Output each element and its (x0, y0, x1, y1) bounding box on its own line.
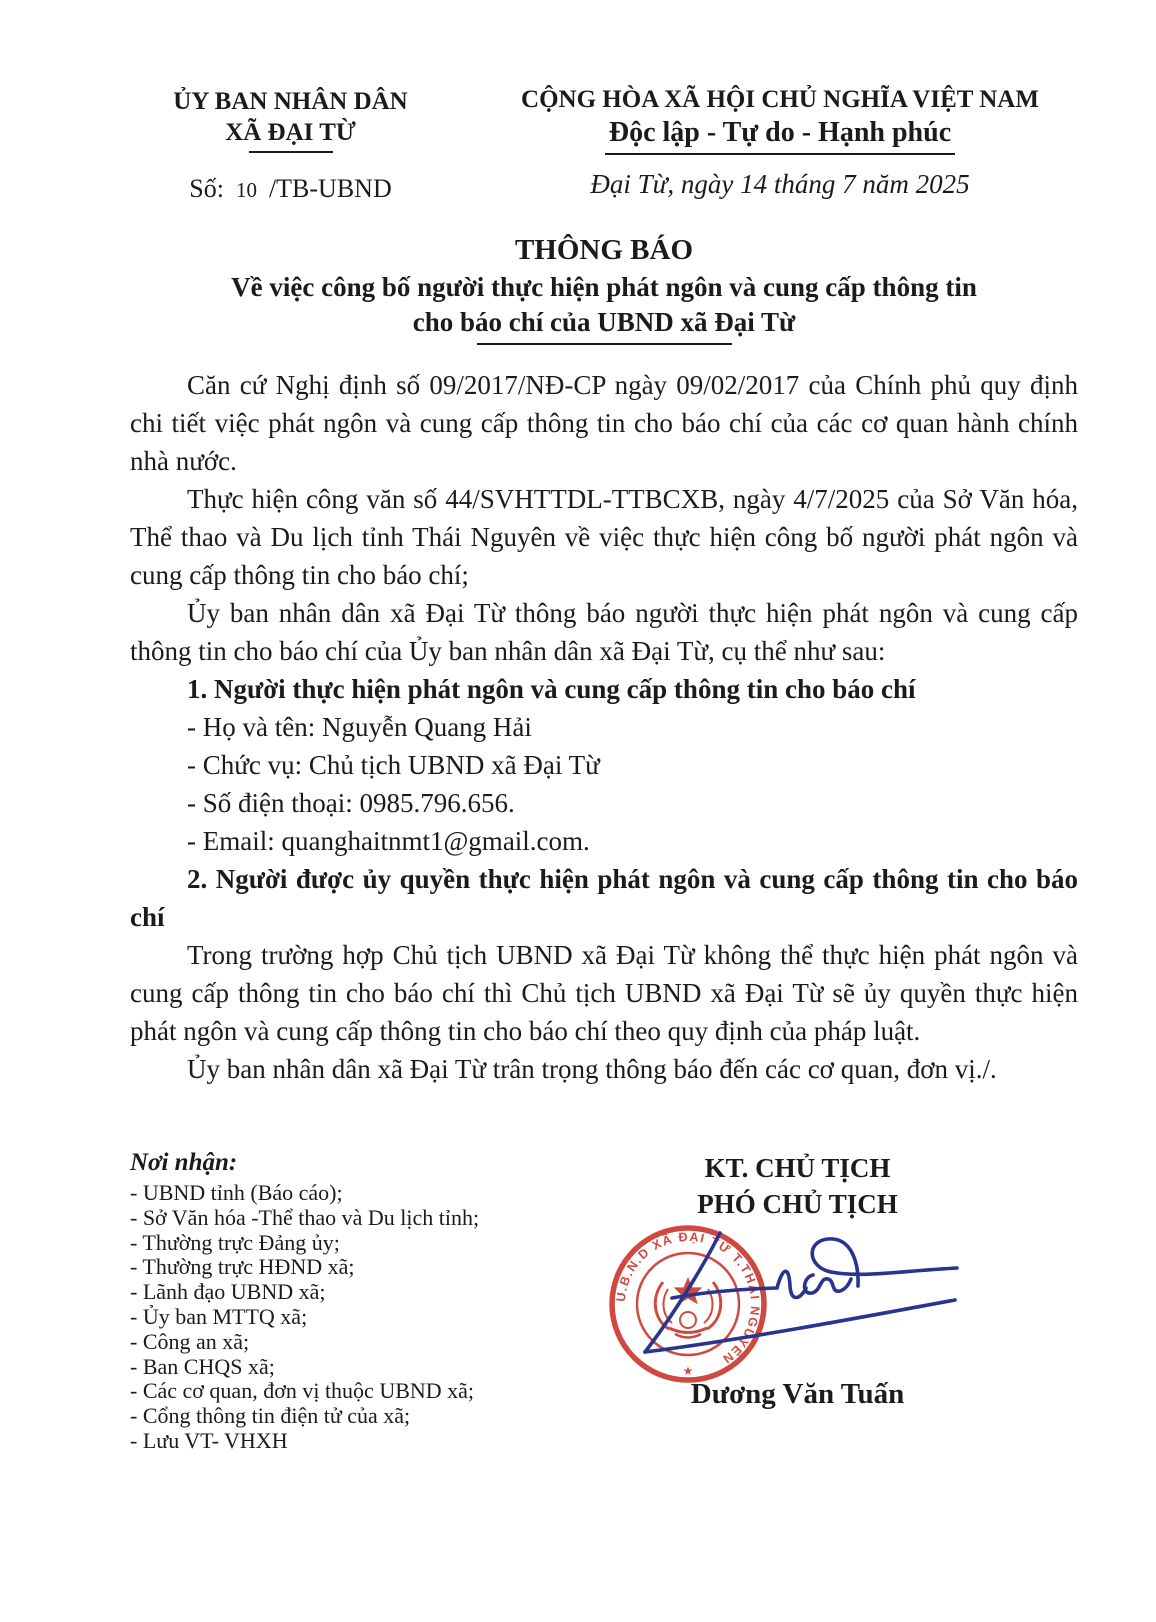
issuer-underline (249, 151, 333, 153)
doc-number-label: Số: (189, 174, 224, 203)
recipient-item: - Các cơ quan, đơn vị thuộc UBND xã; (130, 1379, 570, 1404)
paragraph-directive: Thực hiện công văn số 44/SVHTTDL-TTBCXB,… (130, 480, 1078, 594)
paragraph-announcement: Ủy ban nhân dân xã Đại Từ thông báo ngườ… (130, 594, 1078, 670)
signer-name: Dương Văn Tuấn (565, 1378, 1030, 1411)
recipient-item: - Ban CHQS xã; (130, 1355, 570, 1380)
paragraph-legal-basis: Căn cứ Nghị định số 09/2017/NĐ-CP ngày 0… (130, 366, 1078, 480)
issuing-agency-block: ỦY BAN NHÂN DÂN XÃ ĐẠI TỪ Số:10/TB-UBND (118, 86, 463, 206)
recipients-block: Nơi nhận: - UBND tỉnh (Báo cáo); - Sở Vă… (130, 1148, 570, 1454)
section1-heading: 1. Người thực hiện phát ngôn và cung cấp… (130, 670, 1078, 708)
recipient-item: - Ủy ban MTTQ xã; (130, 1305, 570, 1330)
doc-number-suffix: /TB-UBND (269, 174, 392, 203)
subject-line2: cho báo chí của UBND xã Đại Từ (130, 305, 1078, 340)
spokesperson-position: - Chức vụ: Chủ tịch UBND xã Đại Từ (130, 746, 1078, 784)
national-header-block: CỘNG HÒA XÃ HỘI CHỦ NGHĨA VIỆT NAM Độc l… (470, 84, 1090, 200)
section2-heading: 2. Người được ủy quyền thực hiện phát ng… (130, 860, 1078, 936)
national-motto-line1: CỘNG HÒA XÃ HỘI CHỦ NGHĨA VIỆT NAM (470, 84, 1090, 116)
title-underline (477, 343, 732, 345)
recipient-item: - Thường trực Đảng ủy; (130, 1231, 570, 1256)
issuer-line1: ỦY BAN NHÂN DÂN (118, 86, 463, 117)
spokesperson-name: - Họ và tên: Nguyễn Quang Hải (130, 708, 1078, 746)
document-number: Số:10/TB-UBND (118, 173, 463, 206)
recipient-item: - Công an xã; (130, 1330, 570, 1355)
recipient-item: - Sở Văn hóa -Thể thao và Du lịch tỉnh; (130, 1206, 570, 1231)
title-block: THÔNG BÁO Về việc công bố người thực hiệ… (130, 233, 1078, 345)
national-motto-line2: Độc lập - Tự do - Hạnh phúc (605, 116, 955, 155)
document-title: THÔNG BÁO (130, 233, 1078, 267)
spokesperson-phone: - Số điện thoại: 0985.796.656. (130, 784, 1078, 822)
issuer-line2: XÃ ĐẠI TỪ (118, 117, 463, 148)
paragraph-delegation: Trong trường hợp Chủ tịch UBND xã Đại Từ… (130, 936, 1078, 1050)
doc-number-value: 10 (224, 178, 269, 202)
recipient-item: - Thường trực HĐND xã; (130, 1255, 570, 1280)
recipient-item: - Cổng thông tin điện tử của xã; (130, 1404, 570, 1429)
recipient-item: - Lưu VT- VHXH (130, 1429, 570, 1454)
signature-block: KT. CHỦ TỊCH PHÓ CHỦ TỊCH (565, 1152, 1030, 1221)
signer-position: PHÓ CHỦ TỊCH (565, 1188, 1030, 1221)
recipient-item: - Lãnh đạo UBND xã; (130, 1280, 570, 1305)
document-body: Căn cứ Nghị định số 09/2017/NĐ-CP ngày 0… (130, 366, 1078, 1088)
paragraph-closing: Ủy ban nhân dân xã Đại Từ trân trọng thô… (130, 1050, 1078, 1088)
document-page: ỦY BAN NHÂN DÂN XÃ ĐẠI TỪ Số:10/TB-UBND … (0, 0, 1156, 1622)
spokesperson-email: - Email: quanghaitnmt1@gmail.com. (130, 822, 1078, 860)
subject-line1: Về việc công bố người thực hiện phát ngô… (130, 270, 1078, 305)
recipients-heading: Nơi nhận: (130, 1148, 570, 1178)
place-date-line: Đại Từ, ngày 14 tháng 7 năm 2025 (470, 169, 1090, 200)
signing-authority-line: KT. CHỦ TỊCH (565, 1152, 1030, 1185)
handwritten-signature (600, 1222, 980, 1372)
recipient-item: - UBND tỉnh (Báo cáo); (130, 1181, 570, 1206)
